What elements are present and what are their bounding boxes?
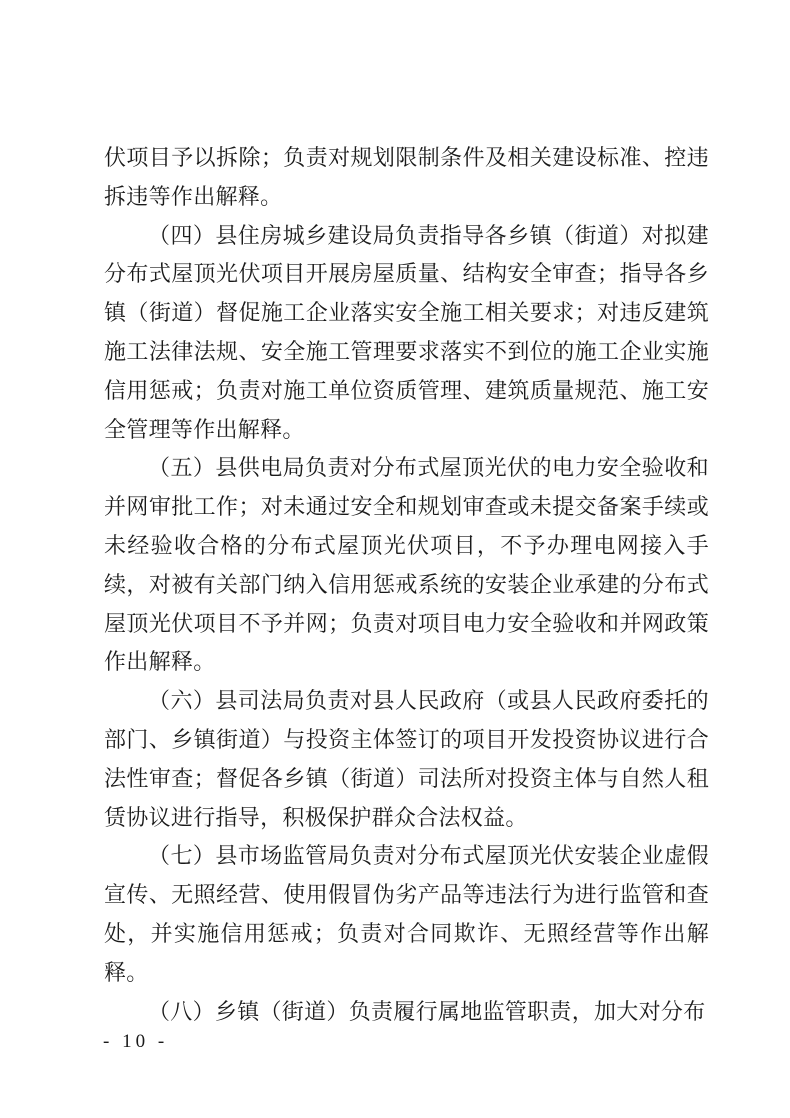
paragraph-continuation: 伏项目予以拆除；负责对规划限制条件及相关建设标准、控违拆违等作出解释。 [104, 139, 709, 217]
paragraph-item-4: （四）县住房城乡建设局负责指导各乡镇（街道）对拟建分布式屋顶光伏项目开展房屋质量… [104, 217, 709, 450]
paragraph-item-6: （六）县司法局负责对县人民政府（或县人民政府委托的部门、乡镇街道）与投资主体签订… [104, 682, 709, 837]
paragraph-item-8: （八）乡镇（街道）负责履行属地监管职责，加大对分布 [104, 993, 709, 1032]
paragraph-item-5: （五）县供电局负责对分布式屋顶光伏的电力安全验收和并网审批工作；对未通过安全和规… [104, 449, 709, 682]
document-body: 伏项目予以拆除；负责对规划限制条件及相关建设标准、控违拆违等作出解释。 （四）县… [104, 139, 709, 1031]
document-page: 伏项目予以拆除；负责对规划限制条件及相关建设标准、控违拆违等作出解释。 （四）县… [0, 0, 790, 1118]
page-number: - 10 - [103, 1031, 168, 1053]
paragraph-item-7: （七）县市场监管局负责对分布式屋顶光伏安装企业虚假宣传、无照经营、使用假冒伪劣产… [104, 837, 709, 992]
